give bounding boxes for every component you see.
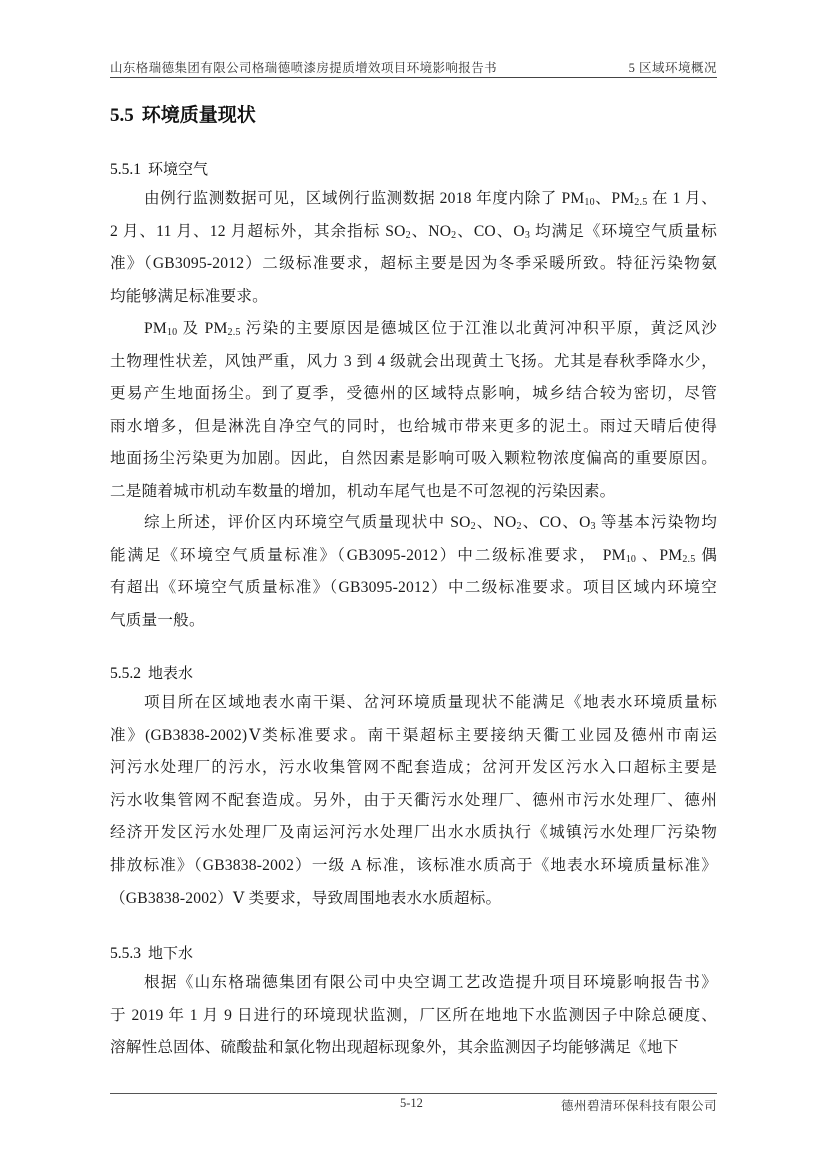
subscript: 2 — [471, 521, 476, 532]
text-line: 更易产生地面扬尘。到了夏季，受德州的区域特点影响，城乡结合较为密切，尽管 — [110, 378, 717, 411]
subsection-title: 地下水 — [148, 944, 193, 962]
text-line: 二是随着城市机动车数量的增加，机动车尾气也是不可忽视的污染因素。 — [110, 476, 717, 509]
text-line: 土物理性状差，风蚀严重，风力 3 到 4 级就会出现黄土飞扬。尤其是春秋季降水少… — [110, 346, 717, 379]
paragraph: PM10 及 PM2.5 污染的主要原因是德城区位于江淮以北黄河冲积平原，黄泛风… — [110, 313, 717, 509]
subscript: 2 — [516, 521, 521, 532]
section-number: 5.5 — [110, 105, 134, 126]
text-line: 能满足《环境空气质量标准》（GB3095-2012）中二级标准要求， PM10 … — [110, 540, 717, 573]
text-line: 排放标准》（GB3838-2002）一级 A 标准，该标准水质高于《地表水环境质… — [110, 850, 717, 883]
subscript: 2.5 — [228, 327, 241, 338]
header-report-title: 山东格瑞德集团有限公司格瑞德喷漆房提质增效项目环境影响报告书 — [110, 58, 497, 76]
text-line: 河污水处理厂的污水，污水收集管网不配套造成；岔河开发区污水入口超标主要是 — [110, 752, 717, 785]
subscript: 2.5 — [634, 197, 647, 208]
subscript: 10 — [167, 327, 177, 338]
footer-company: 德州碧清环保科技有限公司 — [561, 1096, 717, 1114]
subscript: 2.5 — [682, 554, 695, 565]
paragraph: 根据《山东格瑞德集团有限公司中央空调工艺改造提升项目环境影响报告书》于 2019… — [110, 967, 717, 1065]
text-line: 准》（GB3095-2012）二级标准要求，超标主要是因为冬季采暖所致。特征污染… — [110, 248, 717, 281]
text-line: 雨水增多，但是淋洗自净空气的同时，也给城市带来更多的泥土。雨过天晴后使得 — [110, 411, 717, 444]
text-line: 于 2019 年 1 月 9 日进行的环境现状监测，厂区所在地地下水监测因子中除… — [110, 1000, 717, 1033]
text-line: 溶解性总固体、硫酸盐和氯化物出现超标现象外，其余监测因子均能够满足《地下 — [110, 1032, 717, 1065]
subsection-number: 5.5.1 — [110, 161, 141, 178]
text-line: 均能够满足标准要求。 — [110, 281, 717, 314]
subscript: 2 — [406, 230, 411, 241]
subscript: 3 — [525, 230, 530, 241]
page-header: 山东格瑞德集团有限公司格瑞德喷漆房提质增效项目环境影响报告书 5 区域环境概况 — [110, 58, 717, 76]
page-footer: 5-12 德州碧清环保科技有限公司 — [110, 1096, 717, 1114]
text-line: 有超出《环境空气质量标准》（GB3095-2012）中二级标准要求。项目区域内环… — [110, 572, 717, 605]
subsection-heading-air: 5.5.1环境空气 — [110, 158, 208, 179]
section-heading: 5.5环境质量现状 — [110, 100, 256, 127]
subsection-number: 5.5.2 — [110, 665, 141, 682]
footer-rule — [110, 1093, 717, 1094]
paragraph: 项目所在区域地表水南干渠、岔河环境质量现状不能满足《地表水环境质量标准》(GB3… — [110, 687, 717, 915]
text-line: 气质量一般。 — [110, 605, 717, 638]
document-page: 山东格瑞德集团有限公司格瑞德喷漆房提质增效项目环境影响报告书 5 区域环境概况 … — [0, 0, 827, 1169]
section-title: 环境质量现状 — [142, 104, 256, 126]
text-line: 污水收集管网不配套造成。另外，由于天衢污水处理厂、德州市污水处理厂、德州 — [110, 785, 717, 818]
text-line: 准》(GB3838-2002)Ⅴ类标准要求。南干渠超标主要接纳天衢工业园及德州市… — [110, 720, 717, 753]
header-chapter-title: 5 区域环境概况 — [629, 58, 717, 76]
subscript: 3 — [591, 521, 596, 532]
subsection-title: 环境空气 — [148, 160, 208, 178]
subsection-heading-surface-water: 5.5.2地表水 — [110, 662, 193, 683]
page-number: 5-12 — [400, 1096, 423, 1111]
paragraph: 由例行监测数据可见，区域例行监测数据 2018 年度内除了 PM10、PM2.5… — [110, 183, 717, 313]
paragraph: 综上所述，评价区内环境空气质量现状中 SO2、NO2、CO、O3 等基本污染物均… — [110, 507, 717, 637]
subscript: 10 — [626, 554, 636, 565]
subscript: 2 — [451, 230, 456, 241]
subsection-heading-groundwater: 5.5.3地下水 — [110, 942, 193, 963]
subsection-number: 5.5.3 — [110, 945, 141, 962]
text-line: 2 月、11 月、12 月超标外，其余指标 SO2、NO2、CO、O3 均满足《… — [110, 216, 717, 249]
text-line: PM10 及 PM2.5 污染的主要原因是德城区位于江淮以北黄河冲积平原，黄泛风… — [110, 313, 717, 346]
text-line: 综上所述，评价区内环境空气质量现状中 SO2、NO2、CO、O3 等基本污染物均 — [110, 507, 717, 540]
text-line: （GB3838-2002）Ⅴ 类要求，导致周围地表水水质超标。 — [110, 883, 717, 916]
text-line: 由例行监测数据可见，区域例行监测数据 2018 年度内除了 PM10、PM2.5… — [110, 183, 717, 216]
subsection-title: 地表水 — [148, 664, 193, 682]
text-line: 项目所在区域地表水南干渠、岔河环境质量现状不能满足《地表水环境质量标 — [110, 687, 717, 720]
text-line: 经济开发区污水处理厂及南运河污水处理厂出水水质执行《城镇污水处理厂污染物 — [110, 817, 717, 850]
text-line: 地面扬尘污染更为加剧。因此，自然因素是影响可吸入颗粒物浓度偏高的重要原因。 — [110, 443, 717, 476]
subscript: 10 — [584, 197, 594, 208]
header-rule — [110, 77, 717, 78]
text-line: 根据《山东格瑞德集团有限公司中央空调工艺改造提升项目环境影响报告书》 — [110, 967, 717, 1000]
